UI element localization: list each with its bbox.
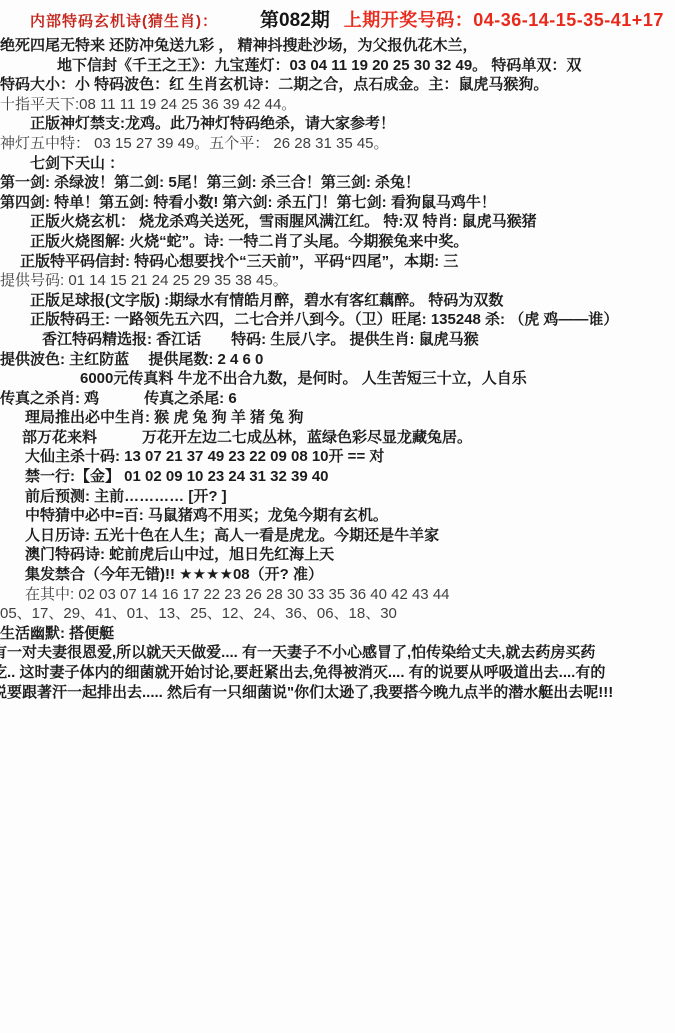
page-title: 内部特码玄机诗(猜生肖)：	[30, 10, 218, 31]
lottery-tip-sheet: 内部特码玄机诗(猜生肖)： 第082期 上期开奖号码：04-36-14-15-3…	[0, 0, 675, 1033]
text-line: 大仙主杀十码: 13 07 21 37 49 23 22 09 08 10开 =…	[0, 447, 675, 467]
last-draw-result: 上期开奖号码：04-36-14-15-35-41+17	[344, 6, 664, 32]
text-line: 中特猜中必中=百: 马鼠猪鸡不用买；龙兔今期有玄机。	[0, 506, 675, 526]
text-line: 香江特码精选报: 香江话 特码: 生辰八字。 提供生肖: 鼠虎马猴	[0, 330, 675, 350]
text-line: 集发禁合（今年无错)!! ★★★★08（开? 准）	[0, 565, 675, 585]
text-line: 理局推出必中生肖: 猴 虎 兔 狗 羊 猪 兔 狗	[0, 408, 675, 428]
last-draw-numbers: 04-36-14-15-35-41+17	[473, 10, 664, 30]
text-line: 05、17、29、41、01、13、25、12、24、36、06、18、30	[0, 604, 675, 624]
text-line: 传真之杀肖: 鸡 传真之杀尾: 6	[0, 389, 675, 409]
text-line: 地下信封《千王之王》：九宝莲灯：03 04 11 19 20 25 30 32 …	[0, 56, 675, 76]
text-line: 有一对夫妻很恩爱,所以就天天做爱.... 有一天妻子不小心感冒了,怕传染给丈夫,…	[0, 643, 675, 663]
text-line: 第四剑: 特单！第五剑: 特看小数! 第六剑: 杀五门！第七剑: 看狗鼠马鸡牛！	[0, 193, 675, 213]
text-line: 在其中: 02 03 07 14 16 17 22 23 26 28 30 33…	[0, 585, 675, 605]
text-line: 前后预测: 主前………… [开? ]	[0, 487, 675, 507]
text-line: 正版特码王: 一路领先五六四，二七合并八到今。（卫）旺尾: 135248 杀: …	[0, 310, 675, 330]
text-line: 提供号码: 01 14 15 21 24 25 29 35 38 45。	[0, 271, 675, 291]
text-line: 正版足球报(文字版) :期绿水有情皓月醉，碧水有客红藕醉。 特码为双数	[0, 291, 675, 311]
issue-number: 第082期	[260, 5, 330, 32]
text-line: 第一剑: 杀绿波！第二剑: 5尾！第三剑: 杀三合！第三剑: 杀兔！	[0, 173, 675, 193]
text-line: 十指平天下:08 11 11 19 24 25 36 39 42 44。	[0, 95, 675, 115]
page-header: 内部特码玄机诗(猜生肖)： 第082期 上期开奖号码：04-36-14-15-3…	[0, 0, 675, 32]
text-line: 部万花来料 万花开左边二七成丛林，蓝绿色彩尽显龙藏兔居。	[0, 428, 675, 448]
text-line: 吃.. 这时妻子体内的细菌就开始讨论,要赶紧出去,免得被消灭.... 有的说要从…	[0, 663, 675, 683]
text-line: 禁一行:【金】 01 02 09 10 23 24 31 32 39 40	[0, 467, 675, 487]
content-lines: 绝死四尾无特来 还防冲兔送九彩 ， 精神抖搜赴沙场，为父报仇花木兰，地下信封《千…	[0, 36, 675, 702]
text-line: 正版火烧玄机： 烧龙杀鸡关送死，雪雨腥风满江红。 特:双 特肖: 鼠虎马猴猪	[0, 212, 675, 232]
text-line: 神灯五中特： 03 15 27 39 49。五个平： 26 28 31 35 4…	[0, 134, 675, 154]
text-line: 6000元传真料 牛龙不出合九数，是何时。 人生苦短三十立，人自乐	[0, 369, 675, 389]
text-line: 七剑下天山 ：	[0, 154, 675, 174]
text-line: 提供波色: 主红防蓝 提供尾数: 2 4 6 0	[0, 350, 675, 370]
text-line: 特码大小：小 特码波色：红 生肖玄机诗：二期之合，点石成金。主：鼠虎马猴狗。	[0, 75, 675, 95]
text-line: 生活幽默: 搭便艇	[0, 624, 675, 644]
text-line: 澳门特码诗: 蛇前虎后山中过，旭日先红海上天	[0, 545, 675, 565]
text-line: 绝死四尾无特来 还防冲兔送九彩 ， 精神抖搜赴沙场，为父报仇花木兰，	[0, 36, 675, 56]
text-line: 正版特平码信封: 特码心想要找个“三天前”，平码“四尾”，本期: 三	[0, 252, 675, 272]
text-line: 正版神灯禁支:龙鸡。此乃神灯特码绝杀，请大家参考！	[0, 114, 675, 134]
last-draw-label: 上期开奖号码：	[344, 10, 474, 30]
text-line: 正版火烧图解: 火烧“蛇”。诗: 一特二肖了头尾。今期猴兔来中奖。	[0, 232, 675, 252]
text-line: 人日历诗: 五光十色在人生；高人一看是虎龙。今期还是牛羊家	[0, 526, 675, 546]
text-line: 说要跟著汗一起排出去..... 然后有一只细菌说"你们太逊了,我要搭今晚九点半的…	[0, 683, 675, 703]
